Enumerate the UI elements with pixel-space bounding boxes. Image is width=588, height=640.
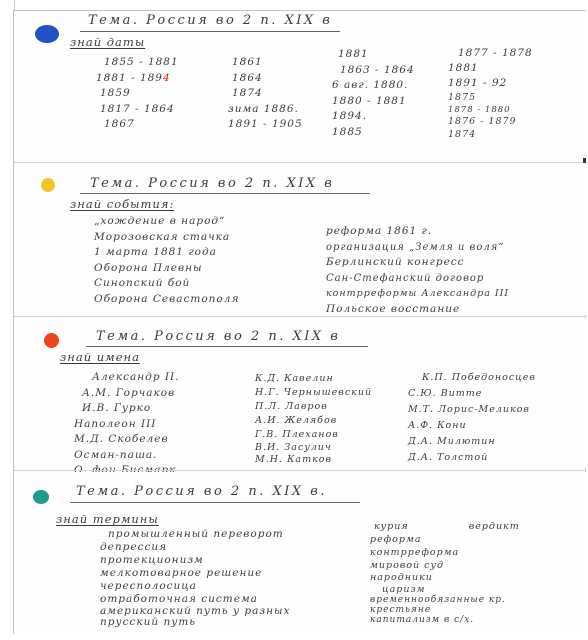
event-item: контрреформы Александра III xyxy=(326,286,509,302)
title-underline xyxy=(80,31,340,32)
names-column-1: Александр II. А.М. Горчаков И.В. Гурко Н… xyxy=(74,370,180,479)
term-item: куриявердикт xyxy=(374,520,520,533)
date-item: 1880 - 1881 xyxy=(332,94,415,110)
yellow-marker-dot xyxy=(41,178,55,192)
date-item: 1864 xyxy=(232,71,303,87)
date-item: 1891 - 1905 xyxy=(228,117,303,133)
terms-column-1: промышленный переворот депрессия протекц… xyxy=(100,528,291,628)
date-item: 1874 xyxy=(232,86,303,102)
name-item: К.Д. Кавелин xyxy=(255,372,372,386)
date-item: 1867 xyxy=(104,117,179,133)
dates-column-3: 1881 1863 - 1864 6 авг. 1880. 1880 - 188… xyxy=(332,47,415,140)
card-subtitle: знай даты xyxy=(70,35,145,49)
date-item: 6 авг. 1880. xyxy=(332,78,415,94)
teal-marker-dot xyxy=(33,490,49,504)
term-item: крестьяне xyxy=(370,605,520,615)
name-item: С.Ю. Витте xyxy=(408,386,536,402)
card-subtitle: знай термины xyxy=(56,512,159,526)
title-underline xyxy=(80,193,370,194)
date-item: 1817 - 1864 xyxy=(100,102,179,118)
term-item: реформа xyxy=(370,533,520,546)
events-column-1: „хождение в народ“ Морозовская стачка 1 … xyxy=(94,214,239,307)
card-title: Тема. Россия во 2 п. XIX в. xyxy=(76,484,327,499)
date-item: 1881 xyxy=(448,61,533,76)
term-item: капитализм в с/х. xyxy=(370,615,520,626)
date-item: 1859 xyxy=(100,86,179,102)
red-correction: 4 xyxy=(163,72,171,84)
event-item: Оборона Плевны xyxy=(94,261,239,277)
name-item: Наполеон III xyxy=(74,417,180,433)
event-item: Синопский бой xyxy=(94,276,239,292)
red-marker-dot xyxy=(44,333,59,348)
card-title: Тема. Россия во 2 п. XIX в xyxy=(88,13,332,28)
name-item: М.Т. Лорис-Меликов xyxy=(408,402,536,418)
name-item: М.Д. Скобелев xyxy=(74,432,180,448)
event-item: Польское восстание xyxy=(326,302,509,318)
name-item: П.Л. Лавров xyxy=(255,400,372,414)
term-item: мелкотоварное решение xyxy=(100,567,291,580)
term-item: контрреформа xyxy=(370,546,520,559)
event-item: 1 марта 1881 года xyxy=(94,245,239,261)
card-separator xyxy=(14,316,586,317)
term-item: чересполосица xyxy=(100,580,291,593)
name-item: В.И. Засулич xyxy=(255,442,372,454)
term-item: царизм xyxy=(382,584,520,595)
date-item: 1894. xyxy=(332,109,415,125)
term-item: мировой суд xyxy=(370,559,520,572)
name-item: А.И. Желябов xyxy=(255,414,372,428)
name-item: Д.А. Толстой xyxy=(408,450,536,466)
term-annotation: у разных xyxy=(233,605,291,617)
name-item: А.Ф. Кони xyxy=(408,418,536,434)
term-item: депрессия xyxy=(100,541,291,554)
card-subtitle: знай события: xyxy=(70,197,174,211)
date-item: 1881 xyxy=(338,47,415,63)
term-item: народники xyxy=(370,572,520,584)
date-item: зима 1886. xyxy=(228,102,303,118)
event-item: Берлинский конгресс xyxy=(326,255,509,271)
term-item: промышленный переворот xyxy=(108,528,291,541)
name-item: К.П. Победоносцев xyxy=(422,370,536,386)
date-item: 1876 - 1879 xyxy=(448,115,533,129)
card-title: Тема. Россия во 2 п. XIX в xyxy=(90,176,334,191)
event-item: организация „Земля и воля“ xyxy=(326,240,509,256)
name-item: Д.А. Милютин xyxy=(408,434,536,450)
date-item: 1874 xyxy=(448,128,533,142)
dates-column-4: 1877 - 1878 1881 1891 - 92 1875 1878 - 1… xyxy=(448,45,533,142)
term-item: временнообязанные кр. xyxy=(370,595,520,605)
card-subtitle: знай имена xyxy=(60,350,140,364)
name-item: Александр II. xyxy=(92,370,180,386)
event-item: Оборона Севастополя xyxy=(94,292,239,308)
name-item: А.М. Горчаков xyxy=(82,386,180,402)
date-item: 1878 - 1880 xyxy=(448,105,533,115)
event-item: Морозовская стачка xyxy=(94,230,239,246)
title-underline xyxy=(70,502,360,503)
event-item: „хождение в народ“ xyxy=(94,214,239,230)
blue-marker-dot xyxy=(35,25,59,43)
dates-column-2: 1861 1864 1874 зима 1886. 1891 - 1905 xyxy=(232,55,303,133)
events-column-2: реформа 1861 г. организация „Земля и вол… xyxy=(326,224,509,317)
names-column-3: К.П. Победоносцев С.Ю. Витте М.Т. Лорис-… xyxy=(408,370,536,466)
term-item: протекционизм xyxy=(100,554,291,567)
date-item: 1881 - 1894 xyxy=(96,71,179,87)
name-item: М.Н. Катков xyxy=(255,454,372,466)
date-item: 1885 xyxy=(332,125,415,141)
event-item: Сан-Стефанский договор xyxy=(326,271,509,287)
name-item: И.В. Гурко xyxy=(82,401,180,417)
term-text: вердикт xyxy=(469,521,520,532)
term-item: прусский путь xyxy=(100,617,291,628)
date-item: 1875 xyxy=(448,91,533,105)
card-title: Тема. Россия во 2 п. XIX в xyxy=(96,329,340,344)
card-separator xyxy=(14,470,586,471)
dates-column-1: 1855 - 1881 1881 - 1894 1859 1817 - 1864… xyxy=(104,55,179,133)
terms-column-2: куриявердикт реформа контрреформа мирово… xyxy=(370,520,520,626)
term-text: курия xyxy=(374,521,409,532)
date-item: 1861 xyxy=(232,55,303,71)
date-item: 1863 - 1864 xyxy=(340,63,415,79)
title-underline xyxy=(86,346,368,347)
names-column-2: К.Д. Кавелин Н.Г. Чернышевский П.Л. Лавр… xyxy=(255,372,372,466)
date-item: 1855 - 1881 xyxy=(104,55,179,71)
name-item: Осман-паша. xyxy=(74,448,180,464)
event-item: реформа 1861 г. xyxy=(326,224,509,240)
date-item: 1877 - 1878 xyxy=(458,45,533,61)
date-item: 1891 - 92 xyxy=(448,76,533,91)
name-item: Г.В. Плеханов xyxy=(255,428,372,442)
name-item: Н.Г. Чернышевский xyxy=(255,386,372,400)
top-margin xyxy=(0,0,588,10)
